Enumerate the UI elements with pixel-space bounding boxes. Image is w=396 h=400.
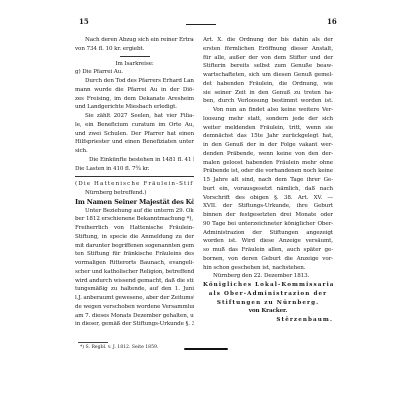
date-line: Nürnberg den 22. Dezember 1813. <box>203 272 333 281</box>
notice-heading: (Die Hattenische Fräulein-Stiftung zu <box>75 180 194 189</box>
text-line: 15 Jahre alt sind, nach dem Tage ihrer G… <box>203 176 333 185</box>
text-line: demnächst das 15te Jahr zurückgelegt hat… <box>203 132 333 141</box>
text-line: ersten förmlichen Eröffnung dieser Ansta… <box>203 45 333 54</box>
text-line: bornen, von deren Geburt die Anzeige vor… <box>203 255 333 264</box>
authority-line: als Ober-Administrazion der <box>203 290 333 299</box>
notice-heading: Nürnberg betreffend.) <box>75 189 194 198</box>
text-line: Art. X. die Ordnung der bis dahin als de… <box>203 36 333 45</box>
text-line: so muß das Fräulein allen, auch später g… <box>203 246 333 255</box>
text-line: Präbende ist, oder die vorhandenen noch … <box>203 167 333 176</box>
text-line: vormaligen Ritterorts Baunach, evangeli- <box>75 259 194 268</box>
text-line: in dieser, gemäß der Stiftungs-Urkunde §… <box>75 320 194 329</box>
text-line: ten Stiftung für fränkische Fräuleins de… <box>75 250 194 259</box>
signature: Stërzenbaum. <box>203 316 333 325</box>
page-number-left: 15 <box>79 17 89 26</box>
text-line: Nach deren Abzug sich ein reiner Ertrag <box>75 36 194 45</box>
text-line: l.J. anberaumt gewesene, aber der Zeitum… <box>75 294 194 303</box>
left-column: Nach deren Abzug sich ein reiner Ertrag … <box>75 36 194 329</box>
text-line: ben, durch Verloosung bestimmt worden is… <box>203 97 333 106</box>
authority-line: Stiftungen zu Nürnberg. <box>203 299 333 308</box>
right-column: Art. X. die Ordnung der bis dahin als de… <box>203 36 333 325</box>
text-line: hin schon geschehen ist, nachstehen. <box>203 264 333 273</box>
text-line: Stiftung, in specie die Anmeldung zu der <box>75 233 194 242</box>
text-line: und Landgerichte Miesbach erledigt. <box>75 103 194 112</box>
text-line: tungsmäßig zu haltende, auf den 1. Juni <box>75 285 194 294</box>
authority-line: Königliches Lokal-Kommissariat <box>203 281 333 290</box>
text-line: le, ein Beneficium curatum im Orte Au, <box>75 121 194 130</box>
text-line: sich. <box>75 147 194 156</box>
text-line: XVII. der Stiftungs-Urkunde, ihre Geburt <box>203 202 333 211</box>
text-line: Administrazion der Stiftungen angezeigt <box>203 229 333 238</box>
text-line: Stifterin bereits selbst zum Genuße beaw… <box>203 62 333 71</box>
burden-line: Die Lasten in 410 fl. 7¾ kr. <box>75 165 194 174</box>
item-label: g) Die Pfarrei Au. <box>75 68 194 77</box>
document-page: 15 16 Nach deren Abzug sich ein reiner E… <box>0 0 396 400</box>
text-line: worden ist. Wird diese Anzeige versäumt, <box>203 237 333 246</box>
text-line: für alle, außer der von dem Stifter und … <box>203 54 333 63</box>
header-rule <box>186 24 216 25</box>
text-line: burt ein, vorausgesetzt nämlich, daß nac… <box>203 185 333 194</box>
section-divider <box>75 176 194 177</box>
text-line: sie seiner Zeit in den Genuß zu treten h… <box>203 89 333 98</box>
income-line: Die Einkünfte bestehen in 1481 fl. 41 kr… <box>75 156 194 165</box>
page-number-right: 16 <box>327 17 337 26</box>
text-line: mit darunter begriffenen sogenannten gem… <box>75 242 194 251</box>
text-line: mann wurde die Pfarrei Au in der Diö- <box>75 86 194 95</box>
text-line: denden Präbende, wenn keine von den der- <box>203 150 333 159</box>
text-line: Von nun an findet also keine weitere Ver… <box>203 106 333 115</box>
text-line: Freiherrlich von Hattenische Fräulein- <box>75 224 194 233</box>
text-line: Durch den Tod des Pfarrers Erhard Land- <box>75 77 194 86</box>
text-line: weiter meldenden Fräulein, tritt, wenn s… <box>203 124 333 133</box>
footnote: *) S. Regbl. v. J. 1812. Seite 1859. <box>80 345 158 350</box>
text-line: in den Genuß der in der Folge vakant wer… <box>203 141 333 150</box>
text-line: Hilfspriester und einen Benefiziaten unt… <box>75 138 194 147</box>
text-line: binnen der festgesetzten drei Monate ode… <box>203 211 333 220</box>
text-line: det habenden Fräulein, die Ordnung, wie <box>203 80 333 89</box>
signature: von Kracker. <box>203 307 333 316</box>
text-line: Unter Beziehung auf die unterm 29. Okto- <box>75 207 194 216</box>
footnote-rule <box>78 342 108 343</box>
text-line: wartschafteten, sich um diesen Genuß gem… <box>203 71 333 80</box>
royal-heading: Im Namen Seiner Majestät des Königs. <box>75 198 194 207</box>
text-line: Vorschrift des obigen §. 38. Art. XV. — <box>203 194 333 203</box>
text-line: Sie zählt 2027 Seelen, hat vier Filia- <box>75 112 194 121</box>
end-rule <box>184 348 228 350</box>
text-line: scher und katholischer Religion, betreff… <box>75 268 194 277</box>
text-line: de wegen verschoben wordene Versammlung, <box>75 303 194 312</box>
text-line: wird andurch wissend gemacht, daß die st… <box>75 277 194 286</box>
text-line: ber 1812 erschienene Bekanntmachung *), … <box>75 215 194 224</box>
section-divider <box>120 56 150 57</box>
text-line: am 7. dieses Monats Dezember gehalten, u… <box>75 312 194 321</box>
text-line: 90 Tage bei unterzeichneter königlicher … <box>203 220 333 229</box>
text-line: von 734 fl. 10 kr. ergiebt. <box>75 45 194 54</box>
text-line: und zwei Schulen. Der Pfarrer hat einen <box>75 130 194 139</box>
text-line: zes Freising, im dem Dekanate Aresheim <box>75 95 194 104</box>
section-heading: Im Isarkreise: <box>75 60 194 69</box>
text-line: malen geloost habenden Fräulein mehr ohn… <box>203 159 333 168</box>
text-line: loosung mehr statt, sondern jede der sic… <box>203 115 333 124</box>
